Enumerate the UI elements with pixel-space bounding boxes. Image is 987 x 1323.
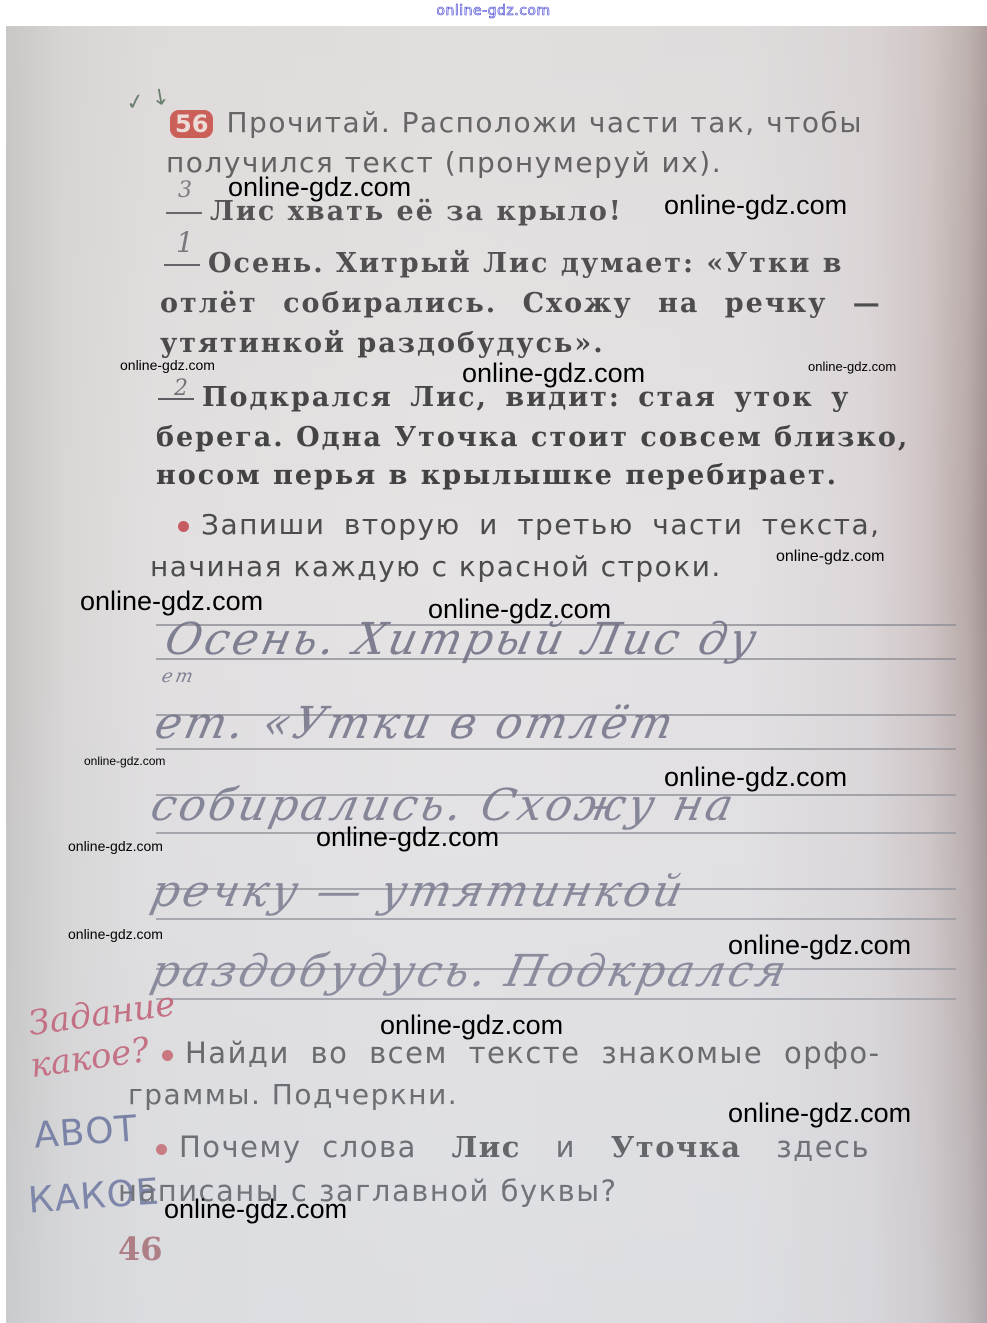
handwritten-line: раздобудусь. Подкрался [147,946,794,997]
handwritten-superscript: ет [160,666,198,687]
check-mark-icon: ✓ ↓ [124,84,172,116]
text-line: отлёт собирались. Схожу на речку — [160,288,882,319]
watermark: online-gdz.com [68,838,163,854]
top-watermark: online-gdz.com [0,0,987,24]
number-blank [158,398,194,400]
task-find: Найди во всем тексте знакомые орфо- [162,1036,881,1070]
handwritten-line: ет. «Утки в отлёт [151,698,681,749]
task-write: Запиши вторую и третью части текста, [178,508,881,541]
bullet-icon [162,1050,173,1061]
watermark: online-gdz.com [664,762,847,793]
exercise-number-badge: 56 [170,110,213,138]
text-line: носом перья в крылышке перебирает. [156,460,838,491]
text-line: утятинкой раздобудусь». [160,328,605,359]
number-blank [166,212,202,214]
task-text: граммы. Подчеркни. [128,1078,458,1111]
watermark: online-gdz.com [68,926,163,942]
margin-note-blue: АВОТ [33,1108,139,1156]
watermark: online-gdz.com [808,359,896,374]
task-why: Почему слова Лис и Уточка здесь [156,1130,870,1164]
text-line: берега. Одна Уточка стоит совсем близко, [156,422,909,453]
task-text: Почему слова [179,1130,417,1164]
watermark: online-gdz.com [228,172,411,203]
page-number: 46 [118,1230,163,1268]
ruled-line [156,832,956,834]
task-text: и [556,1130,576,1164]
watermark: online-gdz.com [664,190,847,221]
ruled-line [156,918,956,920]
instruction-line-1: Прочитай. Расположи части так, чтобы [227,106,863,139]
task-text: Запиши вторую и третью части текста, [201,508,881,541]
bold-word: Уточка [611,1130,742,1164]
exercise-header: 56 Прочитай. Расположи части так, чтобы [170,106,863,139]
bold-word: Лис [452,1130,521,1164]
watermark: online-gdz.com [776,548,885,566]
watermark: online-gdz.com [728,930,911,961]
number-blank [164,264,200,266]
text-line: Осень. Хитрый Лис думает: «Утки в [208,248,844,279]
watermark: online-gdz.com [462,358,645,389]
watermark: online-gdz.com [428,594,611,625]
bullet-icon [156,1144,167,1155]
task-text: Найди во всем тексте знакомые орфо- [185,1036,881,1070]
watermark: online-gdz.com [728,1098,911,1129]
watermark: online-gdz.com [84,754,165,768]
watermark: online-gdz.com [120,357,215,373]
watermark: online-gdz.com [164,1194,347,1225]
watermark: online-gdz.com [316,822,499,853]
bullet-icon [178,521,189,532]
watermark: online-gdz.com [80,586,263,617]
text-part: Осень. Хитрый Лис думает: «Утки в [164,248,844,279]
ruled-line [156,998,956,1000]
handwritten-line: речку — утятинкой [147,866,691,917]
task-text: здесь [776,1130,870,1164]
task-text: начиная каждую с красной строки. [150,550,722,583]
watermark: online-gdz.com [380,1010,563,1041]
